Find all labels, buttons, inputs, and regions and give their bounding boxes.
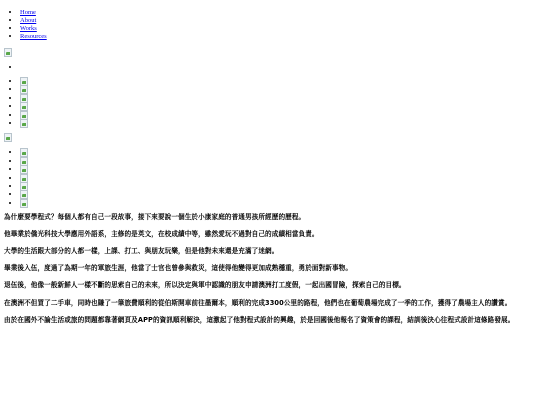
- broken-image-icon: [4, 48, 11, 56]
- image-slider-2: [4, 148, 536, 207]
- nav-item-about: About: [20, 16, 536, 24]
- broken-image-icon: [20, 148, 27, 156]
- paragraph-why-program: 為什麼要學程式？每個人都有自己一段故事，接下來要說一個生於小康家庭的普通男孩所經…: [4, 213, 536, 222]
- broken-image-icon: [20, 111, 27, 119]
- nav-item-works: Works: [20, 24, 536, 32]
- slider-1-item: [20, 85, 536, 93]
- nav-link-works[interactable]: Works: [20, 25, 37, 32]
- logo-image-middle: [4, 133, 536, 141]
- broken-image-icon: [20, 102, 27, 110]
- broken-image-icon: [20, 174, 27, 182]
- slider-2-item: [20, 148, 536, 156]
- slider-2-item: [20, 174, 536, 182]
- broken-image-icon: [20, 190, 27, 198]
- paragraph-after-service: 退伍後，他像一般新鮮人一樣不斷的思索自己的未來，所以決定與軍中認識的朋友申請澳洲…: [4, 281, 536, 290]
- broken-image-icon: [20, 182, 27, 190]
- slider-1-item: [20, 119, 536, 127]
- about-content: 為什麼要學程式？每個人都有自己一段故事，接下來要說一個生於小康家庭的普通男孩所經…: [4, 213, 536, 324]
- main-nav: Home About Works Resources: [4, 8, 536, 40]
- broken-image-icon: [20, 77, 27, 85]
- slider-2-item: [20, 157, 536, 165]
- broken-image-icon: [4, 133, 11, 141]
- slider-1-item: [20, 94, 536, 102]
- slider-2-item: [20, 190, 536, 198]
- nav-link-home[interactable]: Home: [20, 9, 36, 16]
- broken-image-icon: [20, 165, 27, 173]
- slider-1-item: [20, 102, 536, 110]
- broken-image-icon: [20, 94, 27, 102]
- broken-image-icon: [20, 199, 27, 207]
- paragraph-australia: 在澳洲不但買了二手車，同時也賺了一筆旅費順利的從伯斯開車前往墨爾本，順利的完成3…: [4, 299, 536, 308]
- image-slider-1: [4, 63, 536, 127]
- slider-2-item: [20, 199, 536, 207]
- nav-item-home: Home: [20, 8, 536, 16]
- paragraph-military: 畢業後入伍，度過了為期一年的軍旅生涯，他當了士官也曾參與救災，這使得他變得更加成…: [4, 264, 536, 273]
- nav-link-resources[interactable]: Resources: [20, 33, 47, 40]
- nav-item-resources: Resources: [20, 32, 536, 40]
- paragraph-programming-interest: 由於在國外不論生活或旅的問題都靠著網頁及APP的資訊順利解決，這激起了他對程式設…: [4, 316, 536, 325]
- paragraph-education: 他畢業於僑光科技大學應用外語系，主修的是英文，在校成績中等，雖然愛玩不過對自己的…: [4, 230, 536, 239]
- broken-image-icon: [20, 85, 27, 93]
- page: Home About Works Resources 為什麼要學程式？每個人都有…: [0, 0, 540, 324]
- broken-image-icon: [20, 157, 27, 165]
- slider-2-item: [20, 165, 536, 173]
- logo-image-top: [4, 48, 536, 56]
- paragraph-college-life: 大學的生活跟大部分的人都一樣，上課、打工、與朋友玩樂，但是他對未來還是充滿了迷網…: [4, 247, 536, 256]
- slider-1-item: [20, 111, 536, 119]
- nav-link-about[interactable]: About: [20, 17, 36, 24]
- broken-image-icon: [20, 119, 27, 127]
- slider-2-item: [20, 182, 536, 190]
- slider-1-item: [20, 77, 536, 85]
- slider-1-item-empty: [20, 63, 536, 77]
